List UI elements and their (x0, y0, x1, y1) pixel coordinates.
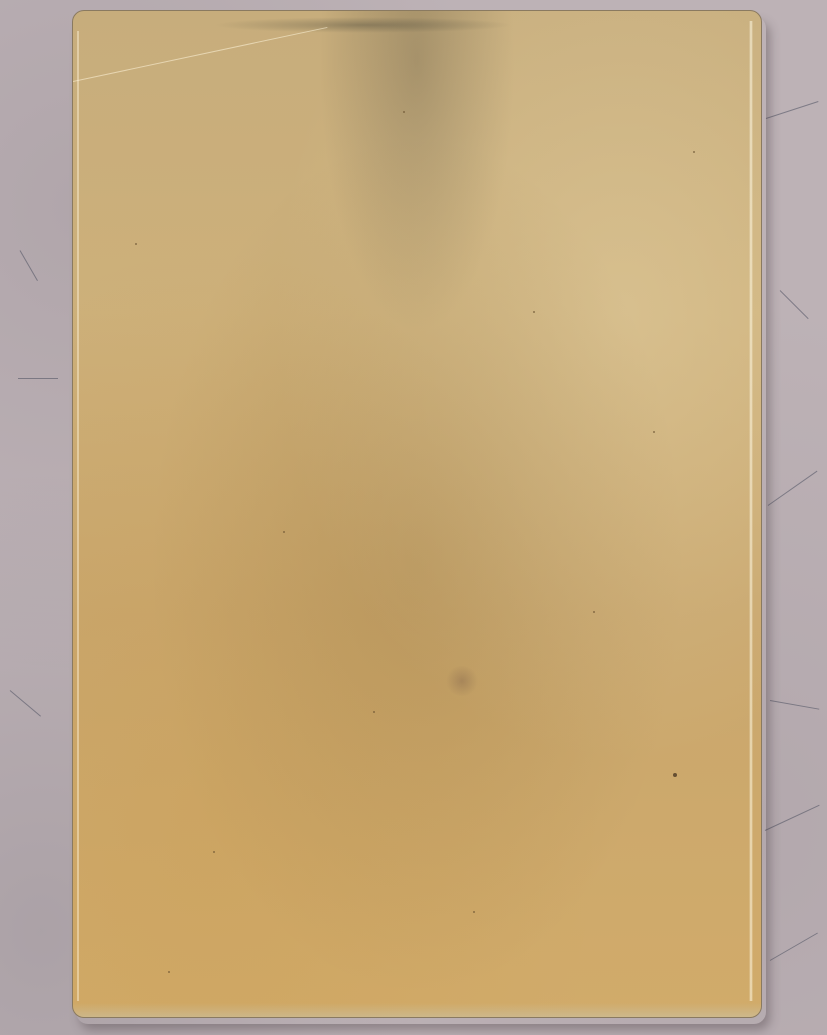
speck (593, 611, 595, 613)
speck (213, 851, 215, 853)
paper-fiber (768, 471, 818, 506)
speck (533, 311, 535, 313)
photo-scene (0, 0, 827, 1035)
paper-fiber (10, 690, 41, 716)
speck (673, 773, 677, 777)
cover-edge-highlight-left (77, 31, 79, 1001)
cover-edge-highlight (749, 21, 753, 1001)
corner-crease (73, 27, 328, 82)
speck (653, 431, 655, 433)
paper-fiber (18, 378, 58, 379)
paper-fiber (765, 805, 820, 831)
paper-fiber (766, 101, 819, 119)
speck (283, 531, 285, 533)
speck (373, 711, 375, 713)
speck (168, 971, 170, 973)
paper-fiber (20, 250, 38, 281)
paper-fiber (780, 290, 809, 319)
speck (403, 111, 405, 113)
stain-mark (445, 666, 479, 696)
speck (135, 243, 137, 245)
paper-fiber (770, 933, 818, 961)
bottom-edge-wear (73, 1003, 761, 1017)
speck (693, 151, 695, 153)
paper-fiber (770, 700, 819, 710)
book-back-cover (72, 10, 762, 1018)
top-edge-dirt (213, 17, 513, 33)
speck (473, 911, 475, 913)
